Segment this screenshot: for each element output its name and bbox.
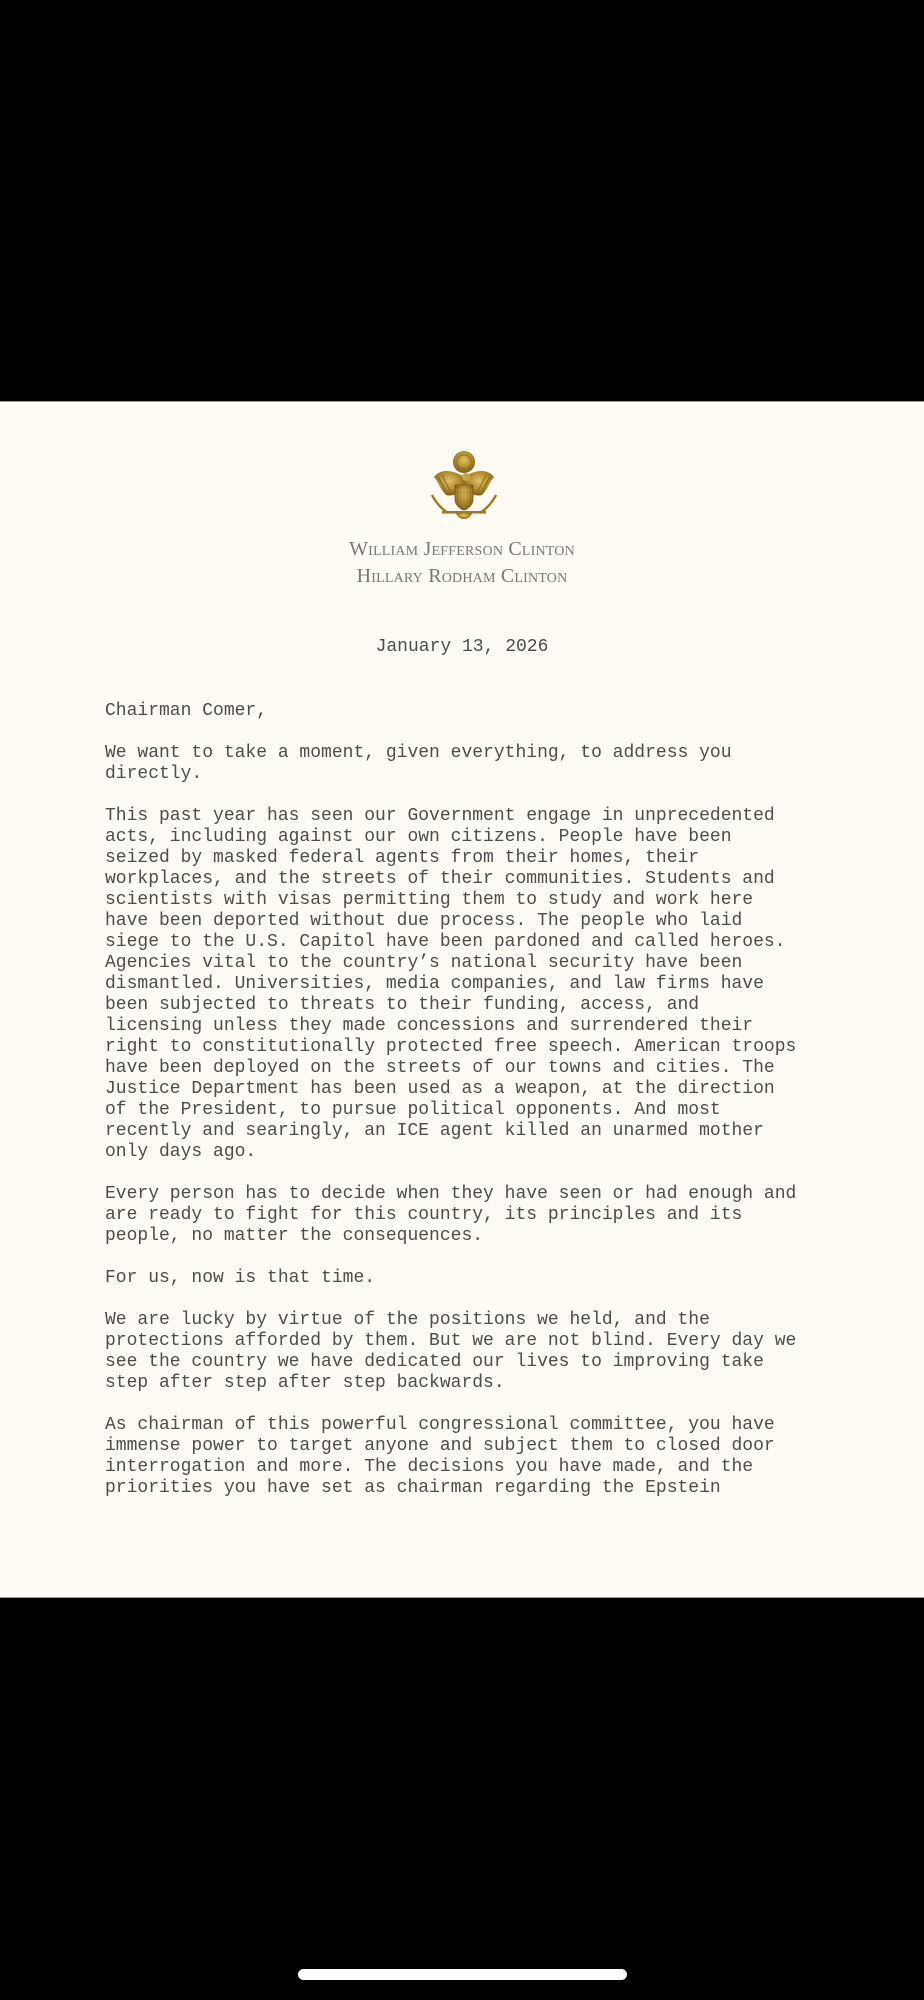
letter-body: Chairman Comer, We want to take a moment… <box>105 701 865 1520</box>
letterhead-name-hillary: Hillary Rodham Clinton <box>0 563 924 590</box>
letter-page: William Jefferson Clinton Hillary Rodham… <box>0 401 924 1598</box>
paragraph-line: seized by masked federal agents from the… <box>105 848 865 869</box>
paragraph-line: As chairman of this powerful congression… <box>105 1415 865 1436</box>
salutation-line: Chairman Comer, <box>105 701 865 722</box>
paragraph-line: directly. <box>105 764 865 785</box>
paragraph-line: siege to the U.S. Capitol have been pard… <box>105 932 865 953</box>
paragraph-line: of the President, to pursue political op… <box>105 1100 865 1121</box>
paragraph-line: Justice Department has been used as a we… <box>105 1079 865 1100</box>
letterhead-name-william: William Jefferson Clinton <box>0 536 924 563</box>
paragraph-line: are ready to fight for this country, its… <box>105 1205 865 1226</box>
paragraph-line: This past year has seen our Government e… <box>105 806 865 827</box>
great-seal-eagle-icon <box>424 447 504 527</box>
letter-paragraphs: We want to take a moment, given everythi… <box>105 743 865 1499</box>
paragraph-line: licensing unless they made concessions a… <box>105 1016 865 1037</box>
paragraph-line: immense power to target anyone and subje… <box>105 1436 865 1457</box>
letter-paragraph: This past year has seen our Government e… <box>105 806 865 1163</box>
paragraph-line: acts, including against our own citizens… <box>105 827 865 848</box>
paragraph-line: workplaces, and the streets of their com… <box>105 869 865 890</box>
letterhead: William Jefferson Clinton Hillary Rodham… <box>0 536 924 590</box>
paragraph-line: been subjected to threats to their fundi… <box>105 995 865 1016</box>
paragraph-line: We are lucky by virtue of the positions … <box>105 1310 865 1331</box>
letter-paragraph: We want to take a moment, given everythi… <box>105 743 865 785</box>
paragraph-line: step after step after step backwards. <box>105 1373 865 1394</box>
paragraph-line: only days ago. <box>105 1142 865 1163</box>
paragraph-line: interrogation and more. The decisions yo… <box>105 1457 865 1478</box>
paragraph-line: have been deported without due process. … <box>105 911 865 932</box>
paragraph-line: people, no matter the consequences. <box>105 1226 865 1247</box>
paragraph-line: priorities you have set as chairman rega… <box>105 1478 865 1499</box>
paragraph-line: scientists with visas permitting them to… <box>105 890 865 911</box>
letter-date: January 13, 2026 <box>0 637 924 658</box>
letter-paragraph: We are lucky by virtue of the positions … <box>105 1310 865 1394</box>
letter-paragraph: Every person has to decide when they hav… <box>105 1184 865 1247</box>
home-indicator-bar[interactable] <box>298 1969 627 1980</box>
photo-viewer-screen: William Jefferson Clinton Hillary Rodham… <box>0 0 924 2000</box>
paragraph-line: dismantled. Universities, media companie… <box>105 974 865 995</box>
paragraph-line: have been deployed on the streets of our… <box>105 1058 865 1079</box>
paragraph-line: For us, now is that time. <box>105 1268 865 1289</box>
paragraph-line: right to constitutionally protected free… <box>105 1037 865 1058</box>
letter-paragraph: For us, now is that time. <box>105 1268 865 1289</box>
paragraph-line: We want to take a moment, given everythi… <box>105 743 865 764</box>
salutation: Chairman Comer, <box>105 701 865 722</box>
paragraph-line: Every person has to decide when they hav… <box>105 1184 865 1205</box>
letter-paragraph: As chairman of this powerful congression… <box>105 1415 865 1499</box>
paragraph-line: protections afforded by them. But we are… <box>105 1331 865 1352</box>
paragraph-line: see the country we have dedicated our li… <box>105 1352 865 1373</box>
paragraph-line: recently and searingly, an ICE agent kil… <box>105 1121 865 1142</box>
paragraph-line: Agencies vital to the country’s national… <box>105 953 865 974</box>
